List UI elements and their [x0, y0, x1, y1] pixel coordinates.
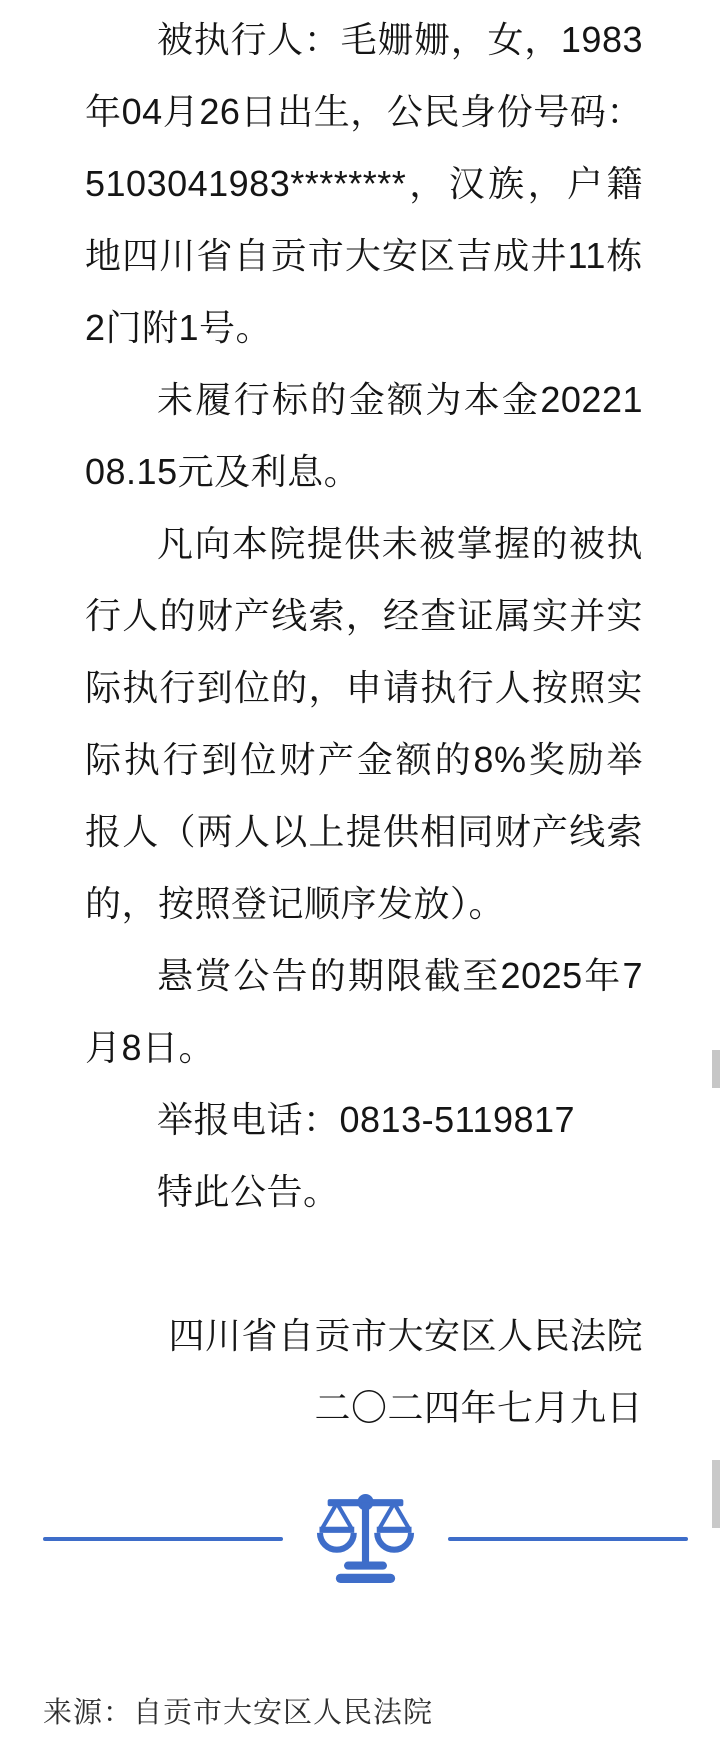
announcement-date: 二〇二四年七月九日 [85, 1372, 643, 1444]
paragraph-defendant-info: 被执行人：毛姗姗，女，1983年04月26日出生，公民身份号码：51030419… [85, 4, 643, 364]
paragraph-deadline: 悬赏公告的期限截至2025年7月8日。 [85, 940, 643, 1084]
announcement-body: 被执行人：毛姗姗，女，1983年04月26日出生，公民身份号码：51030419… [0, 0, 720, 1444]
scales-of-justice-icon [313, 1494, 418, 1584]
paragraph-reward-terms: 凡向本院提供未被掌握的被执行人的财产线索，经查证属实并实际执行到位的，申请执行人… [85, 508, 643, 940]
source-line: 来源：自贡市大安区人民法院 [0, 1698, 720, 1728]
scrollbar-thumb-lower[interactable] [712, 1460, 720, 1528]
paragraph-unfulfilled-amount: 未履行标的金额为本金2022108.15元及利息。 [85, 364, 643, 508]
court-name: 四川省自贡市大安区人民法院 [85, 1300, 643, 1372]
divider-line-left [43, 1537, 283, 1541]
paragraph-closing: 特此公告。 [85, 1156, 643, 1228]
scrollbar-thumb-upper[interactable] [712, 1050, 720, 1088]
footer-divider [0, 1494, 720, 1584]
paragraph-report-phone: 举报电话：0813-5119817 [85, 1084, 643, 1156]
divider-line-right [448, 1537, 688, 1541]
source-value: 自贡市大安区人民法院 [133, 1697, 433, 1729]
source-label: 来源： [43, 1697, 133, 1729]
